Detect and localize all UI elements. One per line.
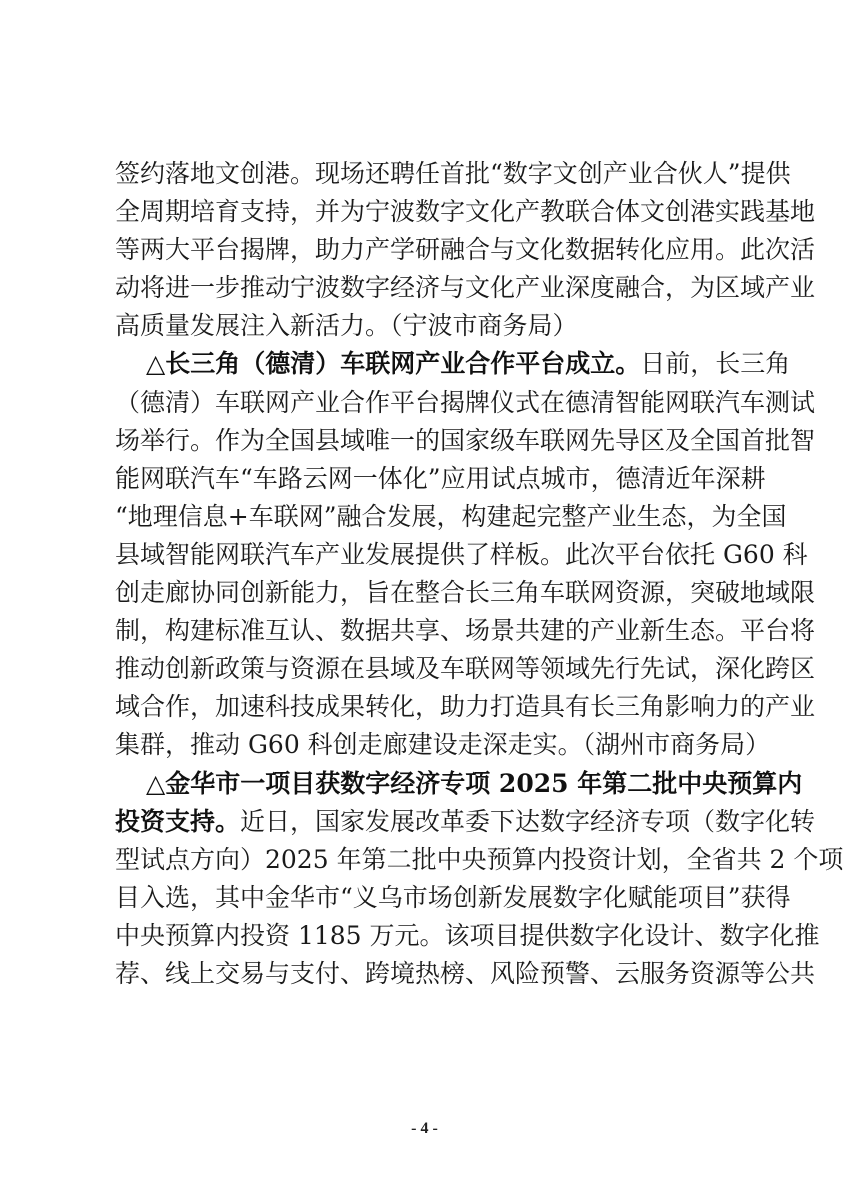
text-line: 场举行。作为全国县域唯一的国家级车联网先导区及全国首批智 [115, 422, 743, 460]
text-line: 目入选，其中金华市“义乌市场创新发展数字化赋能项目”获得 [115, 879, 743, 917]
text-line: 能网联汽车“车路云网一体化”应用试点城市，德清近年深耕 [115, 460, 743, 498]
text-line: △长三角（德清）车联网产业合作平台成立。日前，长三角 [115, 345, 743, 383]
text-line: 县域智能网联汽车产业发展提供了样板。此次平台依托 G60 科 [115, 536, 743, 574]
text-line: 动将进一步推动宁波数字经济与文化产业深度融合，为区域产业 [115, 269, 743, 307]
text-line: 型试点方向）2025 年第二批中央预算内投资计划，全省共 2 个项 [115, 841, 743, 879]
page-number: - 4 - [0, 1120, 849, 1138]
text-line: 等两大平台揭牌，助力产学研融合与文化数据转化应用。此次活 [115, 231, 743, 269]
text-line: 签约落地文创港。现场还聘任首批“数字文创产业合伙人”提供 [115, 155, 743, 193]
text-line: 推动创新政策与资源在县域及车联网等领域先行先试，深化跨区 [115, 650, 743, 688]
text-line: 荐、线上交易与支付、跨境热榜、风险预警、云服务资源等公共 [115, 955, 743, 993]
news-headline: △长三角（德清）车联网产业合作平台成立。 [146, 349, 640, 378]
text-line: 中央预算内投资 1185 万元。该项目提供数字化设计、数字化推 [115, 917, 743, 955]
text-run: 近日，国家发展改革委下达数字经济专项（数字化转 [240, 807, 815, 836]
news-headline: 投资支持。 [115, 807, 240, 836]
text-line: 集群，推动 G60 科创走廊建设走深走实。（湖州市商务局） [115, 726, 743, 764]
text-line: 高质量发展注入新活力。（宁波市商务局） [115, 307, 743, 345]
document-page: 签约落地文创港。现场还聘任首批“数字文创产业合伙人”提供 全周期培育支持，并为宁… [0, 0, 849, 1200]
text-run: 日前，长三角 [640, 349, 790, 378]
text-line: 制，构建标准互认、数据共享、场景共建的产业新生态。平台将 [115, 612, 743, 650]
text-line: 投资支持。近日，国家发展改革委下达数字经济专项（数字化转 [115, 803, 743, 841]
text-line: 域合作，加速科技成果转化，助力打造具有长三角影响力的产业 [115, 688, 743, 726]
text-line: （德清）车联网产业合作平台揭牌仪式在德清智能网联汽车测试 [115, 384, 743, 422]
text-line: 全周期培育支持，并为宁波数字文化产教联合体文创港实践基地 [115, 193, 743, 231]
news-headline: △金华市一项目获数字经济专项 2025 年第二批中央预算内 [146, 769, 802, 798]
text-line: △金华市一项目获数字经济专项 2025 年第二批中央预算内 [115, 765, 743, 803]
body-text: 签约落地文创港。现场还聘任首批“数字文创产业合伙人”提供 全周期培育支持，并为宁… [115, 155, 745, 993]
text-line: 创走廊协同创新能力，旨在整合长三角车联网资源，突破地域限 [115, 574, 743, 612]
text-line: “地理信息+车联网”融合发展，构建起完整产业生态，为全国 [115, 498, 743, 536]
